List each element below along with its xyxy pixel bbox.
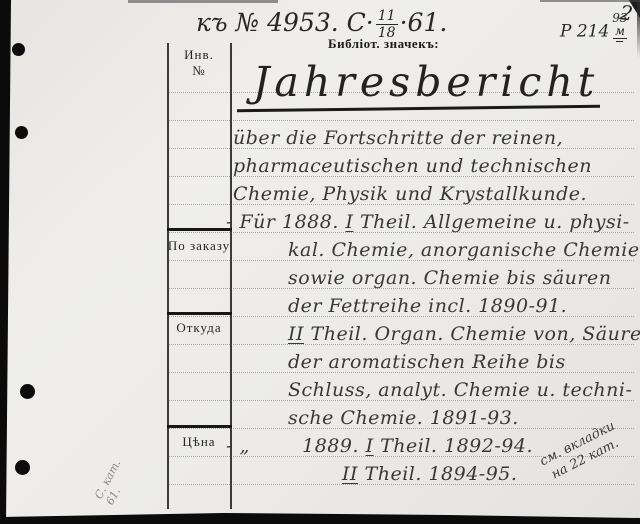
fraction-numerator: 11 (376, 9, 398, 25)
form-section-separator (167, 228, 232, 231)
document-title: Jahresbericht (253, 58, 599, 106)
manuscript-text: sche Chemie. 1891-93. (288, 407, 519, 429)
manuscript-text: der Fettreihe incl. 1890-91. (288, 295, 567, 317)
manuscript-text: - Für 1888. (226, 211, 345, 233)
punch-hole (20, 384, 35, 399)
manuscript-line: II Theil. Organ. Chemie von, Säuren (288, 322, 640, 346)
manuscript-text: Theil. 1894-95. (358, 463, 517, 485)
punch-hole (15, 126, 28, 139)
manuscript-line: Schluss, analyt. Chemie u. techni- (288, 378, 632, 402)
manuscript-line: der aromatischen Reihe bis (288, 350, 566, 374)
field-label-inventory-line1: Инв. (167, 47, 231, 63)
manuscript-text: kal. Chemie, anorganische Chemie (288, 239, 640, 261)
punch-hole (15, 460, 30, 475)
scan-edge-top-smudge (128, 0, 278, 3)
punch-hole (12, 43, 25, 56)
manuscript-line: II Theil. 1894-95. (342, 462, 517, 486)
roman-numeral-underlined: II (288, 323, 304, 345)
manuscript-line: der Fettreihe incl. 1890-91. (288, 294, 567, 318)
manuscript-line: sowie organ. Chemie bis säuren (288, 266, 611, 290)
manuscript-text: Theil. Organ. Chemie von, Säuren (304, 323, 640, 345)
field-label-inventory-line2: № (167, 63, 231, 79)
manuscript-line: - „ 1889. I Theil. 1892-94. (226, 434, 533, 458)
manuscript-text: - „ (226, 435, 302, 457)
roman-numeral-underlined: II (342, 463, 358, 485)
manuscript-line: - Für 1888. I Theil. Allgemeine u. physi… (226, 210, 630, 234)
form-section-separator (167, 425, 232, 428)
field-label-origin: Откуда (167, 320, 231, 336)
manuscript-text: Chemie, Physik und Krystallkunde. (233, 183, 587, 205)
shelf-code: P 214 (560, 22, 609, 42)
manuscript-line: Chemie, Physik und Krystallkunde. (233, 182, 587, 206)
manuscript-text: 1889. (302, 435, 365, 457)
scan-edge-top-smudge (540, 0, 640, 2)
shelf-code-dash (616, 41, 623, 42)
field-label-by-order: По заказу (167, 238, 231, 254)
manuscript-text: sowie organ. Chemie bis säuren (288, 267, 611, 289)
field-label-price: Цѣна (167, 434, 231, 450)
manuscript-line: sche Chemie. 1891-93. (288, 406, 519, 430)
shelf-code-sub: м (613, 25, 627, 40)
library-mark-label: Библіот. значекъ: (328, 36, 439, 52)
manuscript-line: kal. Chemie, anorganische Chemie (288, 238, 640, 262)
manuscript-text: über die Fortschritte der reinen, (233, 127, 563, 149)
manuscript-text: der aromatischen Reihe bis (288, 351, 566, 373)
roman-numeral-underlined: I (366, 435, 374, 457)
scanned-catalog-card: Инв. № По заказу Откуда Цѣна къ № 4953. … (0, 0, 640, 524)
dotted-rule (169, 120, 634, 121)
manuscript-text: Theil. Allgemeine u. physi- (353, 211, 629, 233)
accession-prefix: къ № 4953. С· (196, 8, 374, 37)
manuscript-text: Theil. 1892-94. (374, 435, 533, 457)
field-label-inventory: Инв. № (167, 47, 231, 79)
accession-suffix: ·61. (400, 8, 448, 37)
form-section-separator (167, 312, 232, 315)
shelf-mark: P 21493м (560, 12, 628, 42)
manuscript-line: pharmaceutischen und technischen (233, 154, 592, 178)
manuscript-line: über die Fortschritte der reinen, (233, 126, 563, 150)
manuscript-text: pharmaceutischen und technischen (233, 155, 592, 177)
manuscript-text: Schluss, analyt. Chemie u. techni- (288, 379, 632, 401)
